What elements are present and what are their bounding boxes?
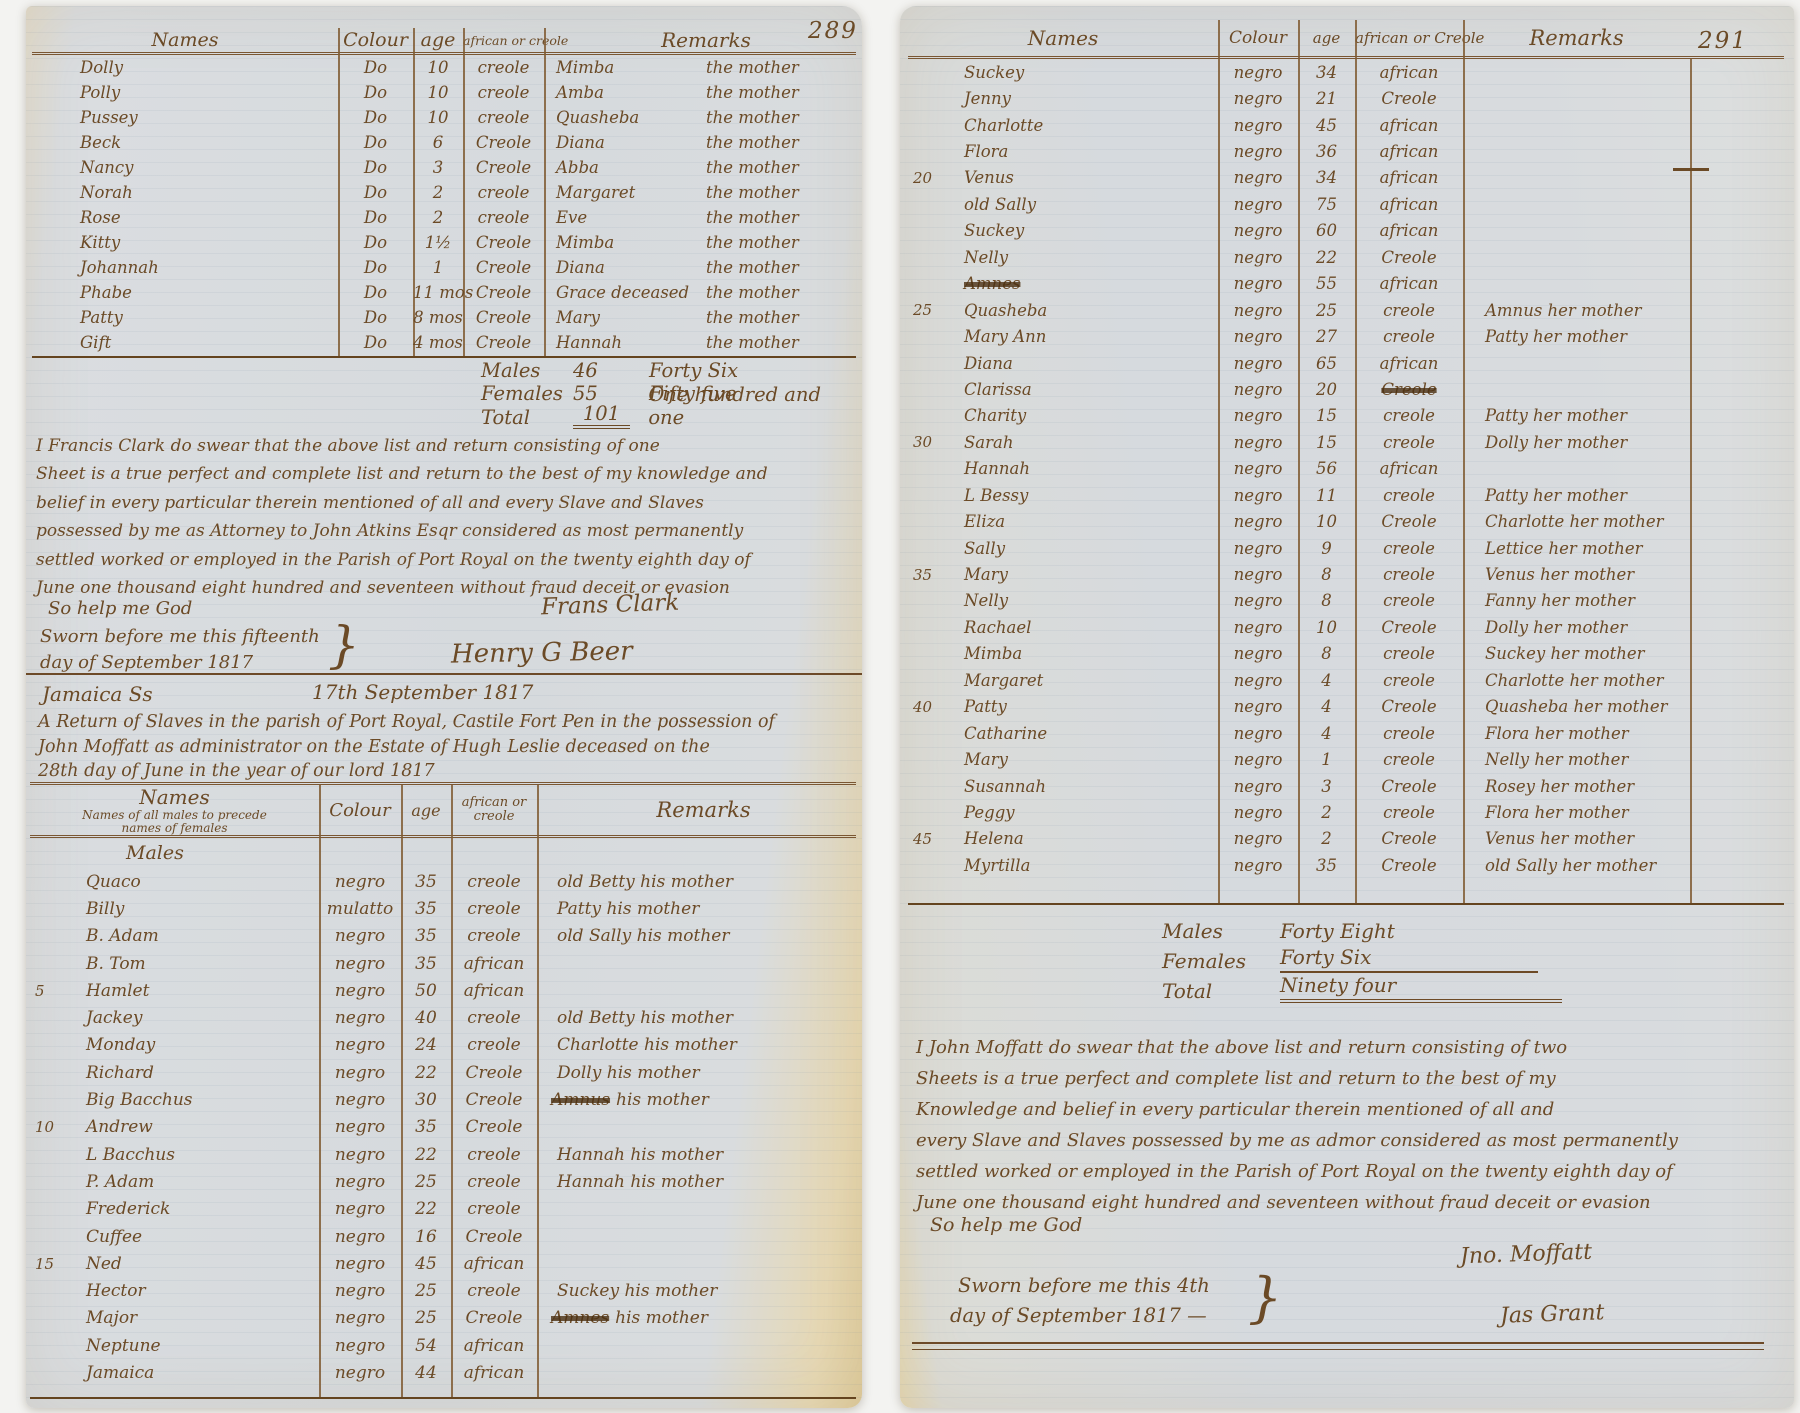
cell-name: Margaret: [938, 671, 1218, 690]
remark-text: Venus her mother: [1485, 565, 1634, 584]
cell-name: Norah: [32, 183, 338, 202]
remark-text: Dolly her mother: [1485, 433, 1627, 452]
remark-text: old Sally his mother: [557, 926, 729, 946]
remark-text: the mother: [706, 183, 799, 202]
oath-line: settled worked or employed in the Parish…: [36, 546, 844, 574]
cell-remarks: Rosey her mother: [1463, 777, 1784, 796]
cell-origin: Creole: [1355, 512, 1463, 531]
remark-mother-name: Abba: [556, 158, 706, 177]
remark-mother-name: Mary: [556, 308, 706, 327]
cell-origin: african: [1355, 274, 1463, 293]
cell-origin: Creole: [1355, 697, 1463, 716]
cell-name: B. Tom: [56, 954, 319, 974]
table-row: Rachael negro 10 Creole Dolly her mother: [908, 614, 1784, 640]
remark-text: Hannah his mother: [557, 1172, 723, 1192]
cell-origin: creole: [451, 1199, 537, 1219]
cell-name: Kitty: [32, 233, 338, 252]
remark-text: Rosey her mother: [1485, 777, 1634, 796]
cell-origin: creole: [451, 1145, 537, 1165]
cell-origin: Creole: [451, 1308, 537, 1328]
cell-age: 35: [401, 1117, 451, 1137]
cell-remarks: Hannah his mother: [537, 1145, 856, 1165]
cell-number: 15: [30, 1255, 56, 1273]
cell-name: P. Adam: [56, 1172, 319, 1192]
cell-name: Mary Ann: [938, 327, 1218, 346]
cell-age: 1½: [413, 233, 463, 252]
cell-origin: Creole: [463, 233, 544, 252]
cell-origin: african: [1355, 168, 1463, 187]
cell-name: Rachael: [938, 618, 1218, 637]
signature-deponent: Jno. Moffatt: [1460, 1240, 1593, 1270]
cell-colour: negro: [1218, 406, 1298, 425]
cell-colour: negro: [319, 981, 401, 1001]
cell-name: Patty: [32, 308, 338, 327]
cell-age: 55: [1298, 274, 1355, 293]
cell-name: Nancy: [32, 158, 338, 177]
totals-label: Total: [481, 406, 573, 429]
remark-mother-name: Margaret: [556, 183, 706, 202]
cell-origin: creole: [451, 899, 537, 919]
cell-remarks: old Betty his mother: [537, 872, 856, 892]
table-row: 25 Quasheba negro 25 creole Amnus her mo…: [908, 297, 1784, 323]
table-row: Hannah negro 56 african: [908, 456, 1784, 482]
struck-word: Amnus: [551, 1090, 610, 1110]
cell-origin: creole: [463, 108, 544, 127]
table-header: Names Colour age african or Creole Remar…: [908, 20, 1784, 59]
table-row: Margaret negro 4 creole Charlotte her mo…: [908, 667, 1784, 693]
cell-remarks: Lettice her mother: [1463, 539, 1784, 558]
cell-age: 6: [413, 133, 463, 152]
cell-remarks: [1463, 195, 1784, 214]
cell-age: 25: [401, 1308, 451, 1328]
cell-name: Pussey: [32, 108, 338, 127]
table-row: Monday negro 24 creole Charlotte his mot…: [30, 1032, 856, 1059]
table-row: Susannah negro 3 Creole Rosey her mother: [908, 773, 1784, 799]
sworn-line: Sworn before me this 4th: [958, 1274, 1210, 1297]
cell-origin: african: [451, 981, 537, 1001]
cell-remarks: Dolly her mother: [1463, 433, 1784, 452]
cell-number: 5: [30, 982, 56, 1000]
remark-text: old Betty his mother: [557, 872, 733, 892]
cell-origin: Creole: [451, 1090, 537, 1110]
cell-colour: negro: [319, 1363, 401, 1383]
cell-age: 4: [1298, 697, 1355, 716]
cell-colour: negro: [1218, 829, 1298, 848]
table-body: Dolly Do 10 creole Mimbathe mother Polly…: [32, 55, 856, 355]
remark-mother-name: Eve: [556, 208, 706, 227]
table-row: Beck Do 6 Creole Dianathe mother: [32, 130, 856, 155]
cell-remarks: [537, 1117, 856, 1137]
cell-colour: negro: [1218, 142, 1298, 161]
intro-line: John Moffatt as administrator on the Est…: [38, 735, 852, 760]
table-row: 15 Ned negro 45 african: [30, 1250, 856, 1277]
remark-text: Patty her mother: [1485, 327, 1627, 346]
cell-colour: negro: [1218, 486, 1298, 505]
cell-age: 30: [401, 1090, 451, 1110]
cell-origin: creole: [1355, 591, 1463, 610]
remark-text: Patty her mother: [1485, 486, 1627, 505]
cell-age: 35: [401, 872, 451, 892]
cell-origin: african: [451, 954, 537, 974]
cell-colour: negro: [319, 1008, 401, 1028]
remark-text: his mother: [616, 1090, 709, 1110]
cell-name: Dolly: [32, 58, 338, 77]
cell-colour: negro: [1218, 671, 1298, 690]
cell-colour: negro: [319, 1336, 401, 1356]
cell-name: Mimba: [938, 644, 1218, 663]
cell-age: 15: [1298, 406, 1355, 425]
cell-remarks: Patty his mother: [537, 899, 856, 919]
cell-age: 34: [1298, 63, 1355, 82]
table-row: B. Adam negro 35 creole old Sally his mo…: [30, 923, 856, 950]
remark-text: his mother: [615, 1308, 708, 1328]
remark-text: old Betty his mother: [557, 1008, 733, 1028]
table-row: Billy mulatto 35 creole Patty his mother: [30, 895, 856, 922]
cell-age: 56: [1298, 459, 1355, 478]
table-row: Charlotte negro 45 african: [908, 112, 1784, 138]
cell-colour: negro: [319, 1254, 401, 1274]
cell-origin: creole: [463, 58, 544, 77]
remark-text: Lettice her mother: [1485, 539, 1643, 558]
table-row: B. Tom negro 35 african: [30, 950, 856, 977]
table-row: Quaco negro 35 creole old Betty his moth…: [30, 868, 856, 895]
table-row: 20 Venus negro 34 african: [908, 165, 1784, 191]
cell-name: Myrtilla: [938, 856, 1218, 875]
cell-colour: negro: [1218, 644, 1298, 663]
cell-name: Flora: [938, 142, 1218, 161]
cell-age: 1: [413, 258, 463, 277]
header-remarks: Remarks: [537, 798, 856, 822]
table-row: Phabe Do 11 mos Creole Grace deceasedthe…: [32, 280, 856, 305]
cell-age: 22: [1298, 248, 1355, 267]
totals-total: Total 101 One hundred and one: [481, 405, 862, 429]
header-age: age: [413, 29, 463, 51]
remark-text: Charlotte her mother: [1485, 512, 1663, 531]
cell-age: 27: [1298, 327, 1355, 346]
table-row: Nelly negro 8 creole Fanny her mother: [908, 588, 1784, 614]
cell-origin: african: [1355, 354, 1463, 373]
table-row: L Bacchus negro 22 creole Hannah his mot…: [30, 1141, 856, 1168]
cell-name: L Bacchus: [56, 1145, 319, 1165]
totals-label: Females: [1162, 949, 1280, 973]
cell-colour: negro: [319, 954, 401, 974]
cell-remarks: Abbathe mother: [544, 158, 856, 177]
table-row: Suckey negro 34 african: [908, 59, 1784, 85]
cell-colour: negro: [319, 1145, 401, 1165]
remark-text: Quasheba her mother: [1485, 697, 1668, 716]
cell-name: Jenny: [938, 89, 1218, 108]
cell-remarks: Evethe mother: [544, 208, 856, 227]
cell-name: Billy: [56, 899, 319, 919]
cell-name: Nelly: [938, 591, 1218, 610]
cell-colour: negro: [1218, 380, 1298, 399]
cell-remarks: Quashebathe mother: [544, 108, 856, 127]
cell-remarks: Venus her mother: [1463, 565, 1784, 584]
table-row: old Sally negro 75 african: [908, 191, 1784, 217]
cell-colour: Do: [338, 158, 413, 177]
table-row: Major negro 25 Creole Amneshis mother: [30, 1305, 856, 1332]
cell-name: Peggy: [938, 803, 1218, 822]
remark-text: the mother: [706, 133, 799, 152]
cell-colour: Do: [338, 83, 413, 102]
cell-colour: negro: [1218, 433, 1298, 452]
cell-colour: negro: [319, 1199, 401, 1219]
cell-name: Catharine: [938, 724, 1218, 743]
cell-name: Rose: [32, 208, 338, 227]
remark-text: Suckey his mother: [557, 1281, 717, 1301]
remark-text: old Sally her mother: [1485, 856, 1656, 875]
cell-age: 35: [401, 954, 451, 974]
totals-number: 46: [573, 359, 635, 382]
cell-number: 40: [908, 698, 938, 716]
cell-remarks: Venus her mother: [1463, 829, 1784, 848]
totals-words: One hundred and one: [648, 383, 862, 429]
cell-age: 21: [1298, 89, 1355, 108]
remark-text: Amnus her mother: [1485, 301, 1642, 320]
sworn-line: day of September 1817 —: [950, 1304, 1207, 1327]
table-row: Nancy Do 3 Creole Abbathe mother: [32, 155, 856, 180]
cell-remarks: old Sally his mother: [537, 926, 856, 946]
table-row: 30 Sarah negro 15 creole Dolly her mothe…: [908, 429, 1784, 455]
cell-remarks: [1463, 248, 1784, 267]
header-names: Names: [908, 26, 1218, 50]
table-row: Gift Do 4 mos Creole Hannahthe mother: [32, 330, 856, 355]
remark-text: Patty his mother: [557, 899, 699, 919]
remark-text: Flora her mother: [1485, 803, 1629, 822]
cell-remarks: Patty her mother: [1463, 406, 1784, 425]
oath-line: Sheets is a true perfect and complete li…: [916, 1063, 1776, 1094]
cell-age: 11: [1298, 486, 1355, 505]
right-page: 291 Names Colour age african or Creole R…: [900, 6, 1794, 1408]
cell-age: 44: [401, 1363, 451, 1383]
cell-age: 65: [1298, 354, 1355, 373]
cell-age: 35: [401, 899, 451, 919]
cell-origin: african: [1355, 142, 1463, 161]
cell-age: 25: [401, 1281, 451, 1301]
cell-remarks: Charlotte her mother: [1463, 512, 1784, 531]
header-colour: Colour: [319, 800, 401, 821]
cell-remarks: [1463, 142, 1784, 161]
remark-mother-name: Quasheba: [556, 108, 706, 127]
sworn-line: Sworn before me this fifteenth: [40, 626, 320, 647]
cell-remarks: [537, 1336, 856, 1356]
cell-origin: creole: [1355, 486, 1463, 505]
cell-number: 20: [908, 169, 938, 187]
remark-mother-name: Amba: [556, 83, 706, 102]
cell-remarks: Dolly his mother: [537, 1063, 856, 1083]
cell-colour: negro: [1218, 116, 1298, 135]
cell-age: 2: [413, 208, 463, 227]
cell-colour: negro: [319, 1308, 401, 1328]
table-row: Hector negro 25 creole Suckey his mother: [30, 1277, 856, 1304]
table-row: Eliza negro 10 Creole Charlotte her moth…: [908, 508, 1784, 534]
cell-origin: african: [1355, 195, 1463, 214]
cell-name: Beck: [32, 133, 338, 152]
header-remarks: Remarks: [544, 28, 856, 52]
cell-age: 3: [1298, 777, 1355, 796]
oath-close: So help me God: [930, 1214, 1082, 1236]
table-header: Names Colour age african or creole Remar…: [32, 28, 856, 55]
cell-remarks: Flora her mother: [1463, 724, 1784, 743]
cell-colour: negro: [1218, 354, 1298, 373]
oath-line: every Slave and Slaves possessed by me a…: [916, 1125, 1776, 1156]
oath-close: So help me God: [48, 598, 192, 619]
header-colour: Colour: [338, 29, 413, 51]
cell-remarks: Suckey her mother: [1463, 644, 1784, 663]
table-row: Nelly negro 22 Creole: [908, 244, 1784, 270]
cell-colour: negro: [1218, 89, 1298, 108]
cell-name: Frederick: [56, 1199, 319, 1219]
cell-name: Sally: [938, 539, 1218, 558]
cell-remarks: Suckey his mother: [537, 1281, 856, 1301]
header-origin: african or creole: [463, 33, 544, 48]
cell-origin: creole: [1355, 565, 1463, 584]
cell-name: Quasheba: [938, 301, 1218, 320]
signature-deponent: Frans Clark: [541, 590, 680, 621]
totals-words: Forty Eight: [1280, 919, 1395, 943]
cell-age: 2: [1298, 803, 1355, 822]
cell-colour: negro: [1218, 724, 1298, 743]
oath-paragraph: I Francis Clark do swear that the above …: [36, 432, 844, 602]
cell-name: Big Bacchus: [56, 1090, 319, 1110]
cell-age: 10: [413, 83, 463, 102]
cell-origin: Creole: [1355, 829, 1463, 848]
cell-age: 35: [401, 926, 451, 946]
cell-remarks: Fanny her mother: [1463, 591, 1784, 610]
cell-name: Clarissa: [938, 380, 1218, 399]
sworn-line: day of September 1817: [40, 652, 253, 673]
cell-origin: creole: [463, 208, 544, 227]
cell-remarks: Patty her mother: [1463, 486, 1784, 505]
table-row: Polly Do 10 creole Ambathe mother: [32, 80, 856, 105]
cell-origin: Creole: [1355, 618, 1463, 637]
totals-females: Females Forty Six: [1162, 943, 1562, 973]
cell-colour: Do: [338, 108, 413, 127]
cell-age: 10: [413, 58, 463, 77]
cell-colour: negro: [1218, 856, 1298, 875]
table-row: Clarissa negro 20 Creole: [908, 376, 1784, 402]
cell-colour: negro: [1218, 274, 1298, 293]
cell-name: Suckey: [938, 63, 1218, 82]
cell-colour: Do: [338, 283, 413, 302]
cell-name: Nelly: [938, 248, 1218, 267]
oath-line: possessed by me as Attorney to John Atki…: [36, 517, 844, 545]
cell-origin: Creole: [463, 308, 544, 327]
table-row: Big Bacchus negro 30 Creole Amnushis mot…: [30, 1086, 856, 1113]
table-row: Rose Do 2 creole Evethe mother: [32, 205, 856, 230]
cell-name: Ned: [56, 1254, 319, 1274]
oath-line: belief in every particular therein menti…: [36, 489, 844, 517]
signature-magistrate: Jas Grant: [1500, 1300, 1605, 1329]
remark-text: Flora her mother: [1485, 724, 1629, 743]
cell-age: 24: [401, 1035, 451, 1055]
cell-age: 25: [401, 1172, 451, 1192]
totals-label: Females: [481, 382, 573, 405]
cell-remarks: [1463, 354, 1784, 373]
oath-line: Knowledge and belief in every particular…: [916, 1094, 1776, 1125]
remark-mother-name: Mimba: [556, 58, 706, 77]
oath-paragraph: I John Moffatt do swear that the above l…: [916, 1032, 1776, 1218]
cell-colour: negro: [1218, 539, 1298, 558]
cell-age: 2: [413, 183, 463, 202]
table-header: Names Names of all males to precede name…: [30, 785, 856, 838]
cell-remarks: [537, 1363, 856, 1383]
cell-name: Helena: [938, 829, 1218, 848]
header-origin-line: african or: [462, 795, 527, 810]
cell-origin: creole: [451, 1035, 537, 1055]
table-row: Mimba negro 8 creole Suckey her mother: [908, 641, 1784, 667]
cell-remarks: [537, 954, 856, 974]
cell-age: 1: [1298, 750, 1355, 769]
cell-remarks: [1463, 459, 1784, 478]
cell-colour: negro: [1218, 221, 1298, 240]
cell-origin: african: [451, 1254, 537, 1274]
table-row: Sally negro 9 creole Lettice her mother: [908, 535, 1784, 561]
header-names-title: Names: [30, 785, 319, 809]
remark-text: Nelly her mother: [1485, 750, 1628, 769]
cell-remarks: Amneshis mother: [537, 1308, 856, 1328]
cell-colour: negro: [319, 926, 401, 946]
header-names: Names: [32, 29, 338, 51]
cell-name: old Sally: [938, 195, 1218, 214]
table-row: 5 Hamlet negro 50 african: [30, 977, 856, 1004]
cell-remarks: Patty her mother: [1463, 327, 1784, 346]
cell-name: Amnes: [938, 274, 1218, 293]
cell-colour: Do: [338, 308, 413, 327]
table-row: 40 Patty negro 4 Creole Quasheba her mot…: [908, 694, 1784, 720]
cell-name: Eliza: [938, 512, 1218, 531]
table-row: P. Adam negro 25 creole Hannah his mothe…: [30, 1168, 856, 1195]
cell-origin: african: [1355, 221, 1463, 240]
table-row: 45 Helena negro 2 Creole Venus her mothe…: [908, 826, 1784, 852]
cell-age: 8 mos: [413, 308, 463, 327]
totals-words: Ninety four: [1280, 973, 1562, 1003]
cell-origin: creole: [451, 926, 537, 946]
remark-text: the mother: [706, 258, 799, 277]
table-row: Norah Do 2 creole Margaretthe mother: [32, 180, 856, 205]
cell-origin: creole: [1355, 539, 1463, 558]
cell-origin: creole: [451, 1172, 537, 1192]
cell-colour: negro: [1218, 750, 1298, 769]
cell-age: 8: [1298, 644, 1355, 663]
remark-text: Fanny her mother: [1485, 591, 1635, 610]
cell-name: Venus: [938, 168, 1218, 187]
totals-total: Total Ninety four: [1162, 973, 1562, 1003]
cell-colour: negro: [319, 1090, 401, 1110]
cell-colour: mulatto: [319, 899, 401, 919]
cell-age: 2: [1298, 829, 1355, 848]
cell-name: Susannah: [938, 777, 1218, 796]
table-body: Suckey negro 34 african Jenny negro 21 C…: [908, 59, 1784, 879]
register-table-males: Names Names of all males to precede name…: [30, 782, 856, 1399]
totals-block: Males Forty Eight Females Forty Six Tota…: [1162, 913, 1562, 1003]
totals-label: Total: [1162, 979, 1280, 1003]
cell-name: Monday: [56, 1035, 319, 1055]
header-colour: Colour: [1218, 28, 1298, 48]
cell-name: L Bessy: [938, 486, 1218, 505]
cell-name: Charity: [938, 406, 1218, 425]
cell-name: B. Adam: [56, 926, 319, 946]
cell-name: Suckey: [938, 221, 1218, 240]
remark-text: Charlotte his mother: [557, 1035, 737, 1055]
cell-origin: Creole: [1355, 380, 1463, 399]
cell-origin: creole: [1355, 671, 1463, 690]
cell-age: 22: [401, 1063, 451, 1083]
table-row: 10 Andrew negro 35 Creole: [30, 1114, 856, 1141]
totals-males: Males Forty Eight: [1162, 913, 1562, 943]
cell-remarks: [1463, 380, 1784, 399]
cell-age: 11 mos: [413, 283, 463, 302]
